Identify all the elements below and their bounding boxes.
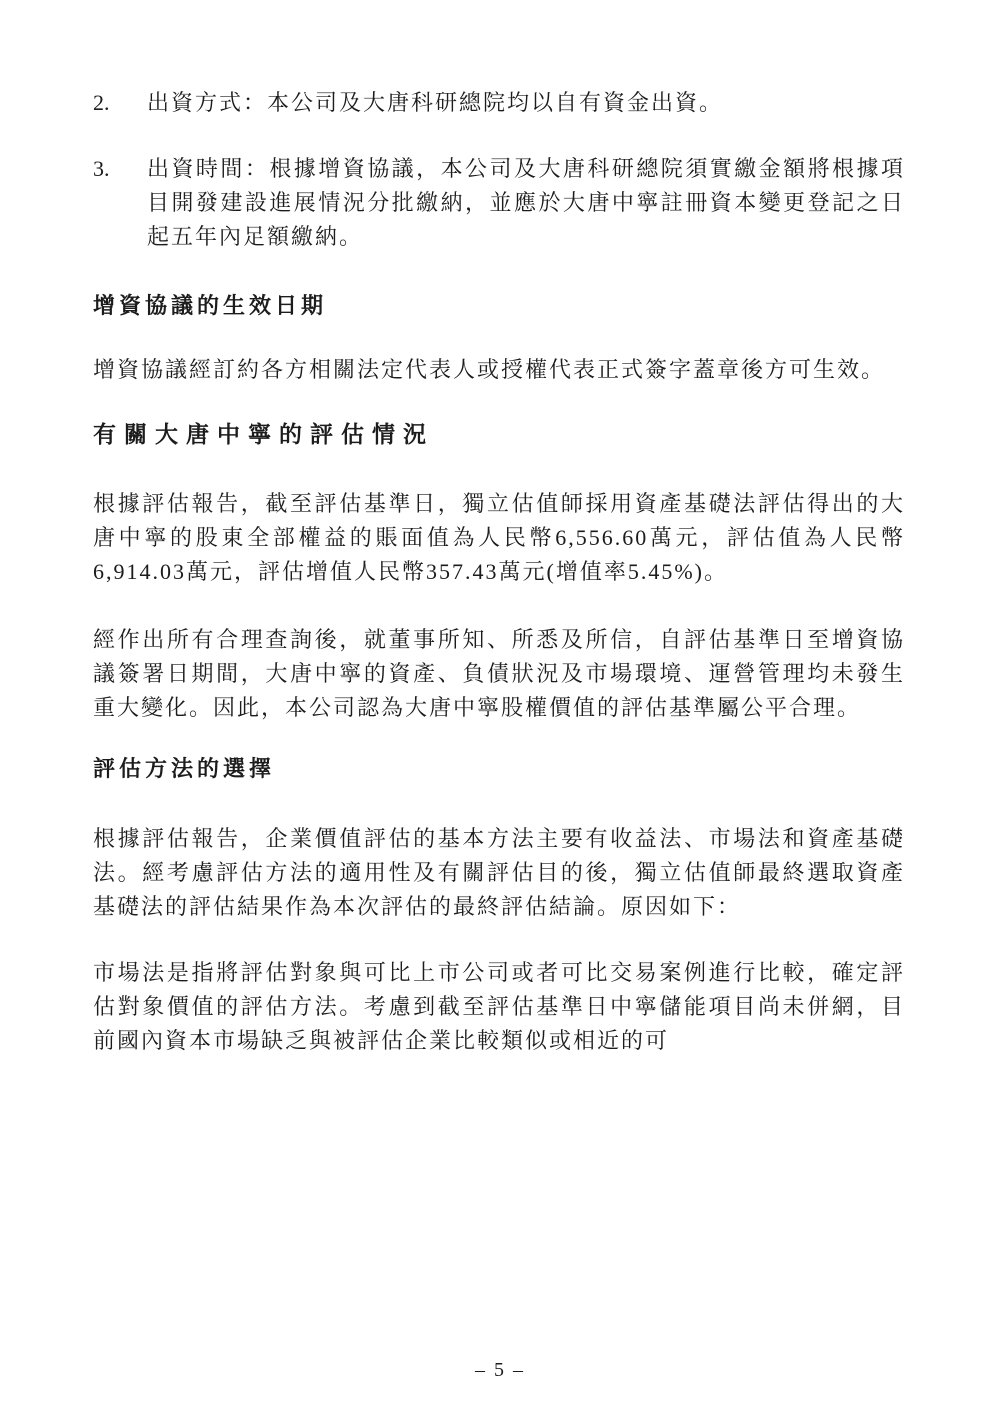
list-item-text: 出資方式：本公司及大唐科研總院均以自有資金出資。 <box>147 86 905 120</box>
paragraph-effective-date: 增資協議經訂約各方相關法定代表人或授權代表正式簽字蓋章後方可生效。 <box>93 353 905 387</box>
page-number: – 5 – <box>0 1358 1000 1382</box>
paragraph-valuation-fairness: 經作出所有合理查詢後，就董事所知、所悉及所信，自評估基準日至增資協議簽署日期間，… <box>93 623 905 725</box>
paragraph-method-overview: 根據評估報告，企業價值評估的基本方法主要有收益法、市場法和資產基礎法。經考慮評估… <box>93 822 905 924</box>
section-heading-effective-date: 增資協議的生效日期 <box>93 289 905 323</box>
document-page: 2. 出資方式：本公司及大唐科研總院均以自有資金出資。 3. 出資時間：根據增資… <box>0 0 1000 1414</box>
list-item-marker: 3. <box>93 152 147 186</box>
paragraph-valuation-result: 根據評估報告，截至評估基準日，獨立估值師採用資產基礎法評估得出的大唐中寧的股東全… <box>93 487 905 589</box>
section-heading-valuation: 有關大唐中寧的評估情況 <box>93 418 905 452</box>
paragraph-market-method: 市場法是指將評估對象與可比上市公司或者可比交易案例進行比較，確定評估對象價值的評… <box>93 956 905 1058</box>
list-item-marker: 2. <box>93 86 147 120</box>
document-content: 2. 出資方式：本公司及大唐科研總院均以自有資金出資。 3. 出資時間：根據增資… <box>93 86 905 1058</box>
list-item-text: 出資時間：根據增資協議，本公司及大唐科研總院須實繳金額將根據項目開發建設進展情況… <box>147 152 905 254</box>
list-item: 2. 出資方式：本公司及大唐科研總院均以自有資金出資。 <box>93 86 905 120</box>
list-item: 3. 出資時間：根據增資協議，本公司及大唐科研總院須實繳金額將根據項目開發建設進… <box>93 152 905 254</box>
section-heading-method-selection: 評估方法的選擇 <box>93 752 905 786</box>
